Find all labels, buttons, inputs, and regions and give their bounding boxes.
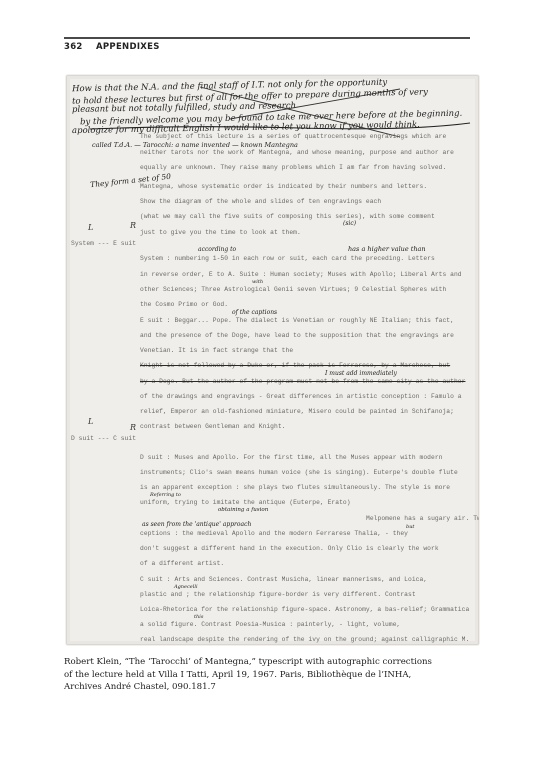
margin-letter: R (130, 423, 136, 432)
section-title: APPENDIXES (96, 42, 160, 52)
typed-line: of a different artist. (140, 560, 224, 567)
typed-line: in reverse order, E to A. Suite : Human … (140, 271, 462, 278)
typed-line: relief, Emperor an old-fashioned miniatu… (140, 408, 454, 415)
interlinear-note: as seen from the 'antique' approach (142, 521, 251, 528)
typescript-page: How is that the N.A. and the final staff… (70, 79, 475, 641)
interlinear-note: of the captions (232, 309, 277, 316)
typed-line: other Sciences; Three Astrological Genii… (140, 286, 446, 293)
typed-line: just to give you the time to look at the… (140, 229, 301, 236)
interlinear-note: Agnecelli (174, 584, 198, 590)
margin-letter: R (130, 221, 136, 230)
typed-line: real landscape despite the rendering of … (140, 636, 469, 643)
running-head: 362APPENDIXES (64, 42, 160, 52)
typed-line: is an apparent exception : she plays two… (140, 484, 450, 491)
typed-line: System : numbering 1-50 in each row or s… (140, 255, 435, 262)
interlinear-note: obtaining a fusion (218, 507, 268, 513)
caption-line: Archives André Chastel, 090.181.7 (64, 681, 464, 694)
typed-line: The subject of this lecture is a series … (140, 133, 446, 140)
typed-line: Melpomene has a sugary air. Two ex- (366, 515, 479, 522)
margin-letter: L (88, 223, 93, 232)
typed-line: equally are unknown. They raise many pro… (140, 164, 446, 171)
typed-line: (what we may call the five suits of comp… (140, 213, 435, 220)
typed-line: Show the diagram of the whole and slides… (140, 198, 381, 205)
typed-line: Loica-Rhetorica for the relationship fig… (140, 606, 469, 613)
typed-line: instruments; Clio's swan means human voi… (140, 469, 458, 476)
typed-line: contrast between Gentleman and Knight. (140, 423, 286, 430)
typed-line: C suit : Arts and Sciences. Contrast Mus… (140, 576, 427, 583)
typed-line: the Cosmo Primo or God. (140, 301, 228, 308)
caption-line: of the lecture held at Villa I Tatti, Ap… (64, 669, 464, 682)
interlinear-note: this (194, 614, 203, 620)
margin-label: D suit --- C suit (71, 435, 136, 442)
page-number: 362 (64, 42, 96, 52)
typed-line: E suit : Beggar... Pope. The dialect is … (140, 317, 454, 324)
typed-line: neither tarots nor the work of Mantegna,… (140, 149, 454, 156)
typed-line: plastic and ; the relationship figure-bo… (140, 591, 416, 598)
typed-line: D suit : Muses and Apollo. For the first… (140, 454, 442, 461)
typed-line: of the drawings and engravings - Great d… (140, 393, 462, 400)
interlinear-note: Referring to (150, 492, 181, 498)
interlinear-note: according to (198, 246, 236, 253)
interlinear-note: (sic) (343, 220, 356, 227)
typed-line-struck: by a Doge. But the author of the program… (140, 378, 465, 385)
margin-letter: L (88, 417, 93, 426)
typed-line: Venetian. It is in fact strange that the (140, 347, 293, 354)
interlinear-note: with (252, 279, 263, 285)
caption-line: Robert Klein, “The ‘Tarocchi’ of Mantegn… (64, 656, 464, 669)
figure-caption: Robert Klein, “The ‘Tarocchi’ of Mantegn… (64, 656, 464, 694)
typed-line-struck: Knight is not followed by a Duke or, if … (140, 362, 450, 369)
header-rule (64, 37, 470, 39)
typed-line: don't suggest a different hand in the ex… (140, 545, 439, 552)
typed-line: Mantegna, whose systematic order is indi… (140, 183, 427, 190)
handwritten-note: called T.d.A. — Tarocchi: a name invente… (92, 141, 298, 149)
typescript-photo: How is that the N.A. and the final staff… (66, 75, 479, 645)
typed-line: a solid figure. Contrast Poesia-Musica :… (140, 621, 400, 628)
interlinear-note: I must add immediately (325, 370, 397, 377)
interlinear-note: has a higher value than (348, 245, 426, 253)
typed-line: uniform, trying to imitate the antique (… (140, 499, 351, 506)
typed-line: and the presence of the Doge, have lead … (140, 332, 454, 339)
margin-label: System --- E suit (71, 240, 136, 247)
typed-line: ceptions : the medieval Apollo and the m… (140, 530, 408, 537)
